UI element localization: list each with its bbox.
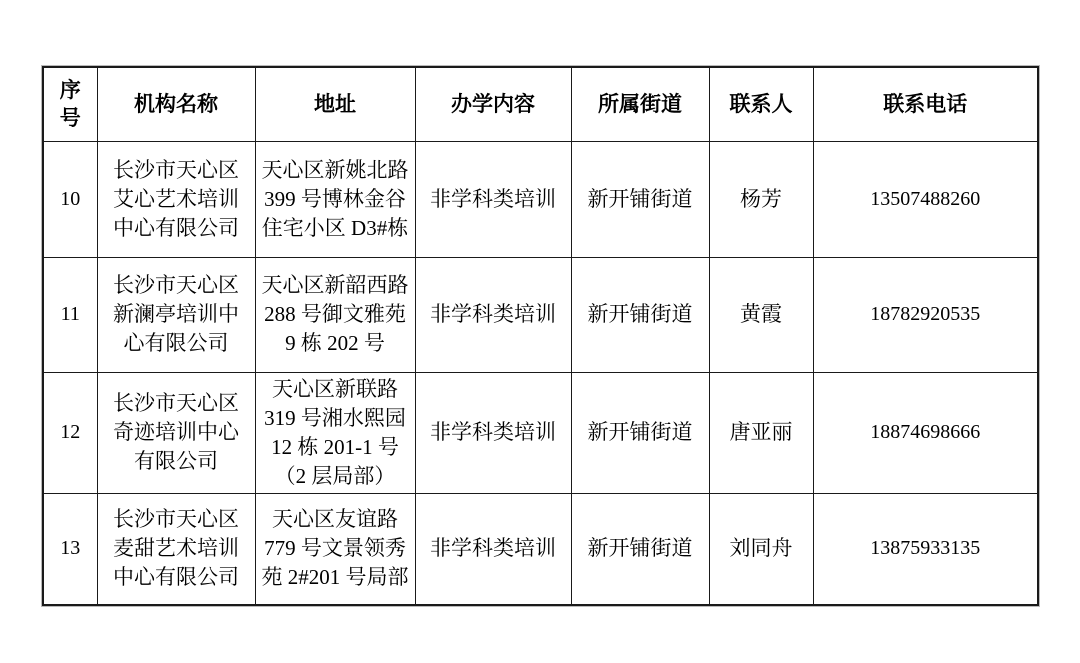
column-header-serial: 序 号 [43,67,97,141]
column-header-contact-person: 联系人 [709,67,813,141]
cell-phone: 18874698666 [813,372,1038,493]
document-page: 序 号 机构名称 地址 办学内容 所属街道 联系人 联系电话 10 长沙市天心区… [0,0,1080,663]
cell-serial: 13 [43,493,97,605]
table-row: 10 长沙市天心区艾心艺术培训中心有限公司 天心区新姚北路 399 号博林金谷住… [43,141,1038,257]
cell-serial: 11 [43,257,97,372]
cell-street: 新开铺街道 [571,257,709,372]
cell-address: 天心区新韶西路 288 号御文雅苑 9 栋 202 号 [255,257,415,372]
table-row: 11 长沙市天心区新澜亭培训中心有限公司 天心区新韶西路 288 号御文雅苑 9… [43,257,1038,372]
column-header-address: 地址 [255,67,415,141]
cell-education-content: 非学科类培训 [415,257,571,372]
cell-street: 新开铺街道 [571,493,709,605]
column-header-street: 所属街道 [571,67,709,141]
institutions-table: 序 号 机构名称 地址 办学内容 所属街道 联系人 联系电话 10 长沙市天心区… [42,66,1039,606]
cell-serial: 12 [43,372,97,493]
cell-phone: 18782920535 [813,257,1038,372]
table-row: 12 长沙市天心区奇迹培训中心有限公司 天心区新联路 319 号湘水熙园 12 … [43,372,1038,493]
column-header-institution-name: 机构名称 [97,67,255,141]
cell-street: 新开铺街道 [571,372,709,493]
cell-institution-name: 长沙市天心区奇迹培训中心有限公司 [97,372,255,493]
cell-contact-person: 杨芳 [709,141,813,257]
cell-education-content: 非学科类培训 [415,372,571,493]
column-header-phone: 联系电话 [813,67,1038,141]
cell-phone: 13507488260 [813,141,1038,257]
cell-contact-person: 唐亚丽 [709,372,813,493]
table-row: 13 长沙市天心区麦甜艺术培训中心有限公司 天心区友谊路 779 号文景领秀苑 … [43,493,1038,605]
cell-serial: 10 [43,141,97,257]
cell-contact-person: 刘同舟 [709,493,813,605]
cell-address: 天心区新联路 319 号湘水熙园 12 栋 201-1 号（2 层局部） [255,372,415,493]
cell-institution-name: 长沙市天心区新澜亭培训中心有限公司 [97,257,255,372]
cell-institution-name: 长沙市天心区麦甜艺术培训中心有限公司 [97,493,255,605]
cell-address: 天心区新姚北路 399 号博林金谷住宅小区 D3#栋 [255,141,415,257]
cell-street: 新开铺街道 [571,141,709,257]
cell-institution-name: 长沙市天心区艾心艺术培训中心有限公司 [97,141,255,257]
cell-address: 天心区友谊路 779 号文景领秀苑 2#201 号局部 [255,493,415,605]
cell-phone: 13875933135 [813,493,1038,605]
column-header-education-content: 办学内容 [415,67,571,141]
cell-education-content: 非学科类培训 [415,141,571,257]
cell-education-content: 非学科类培训 [415,493,571,605]
cell-contact-person: 黄霞 [709,257,813,372]
table-header-row: 序 号 机构名称 地址 办学内容 所属街道 联系人 联系电话 [43,67,1038,141]
